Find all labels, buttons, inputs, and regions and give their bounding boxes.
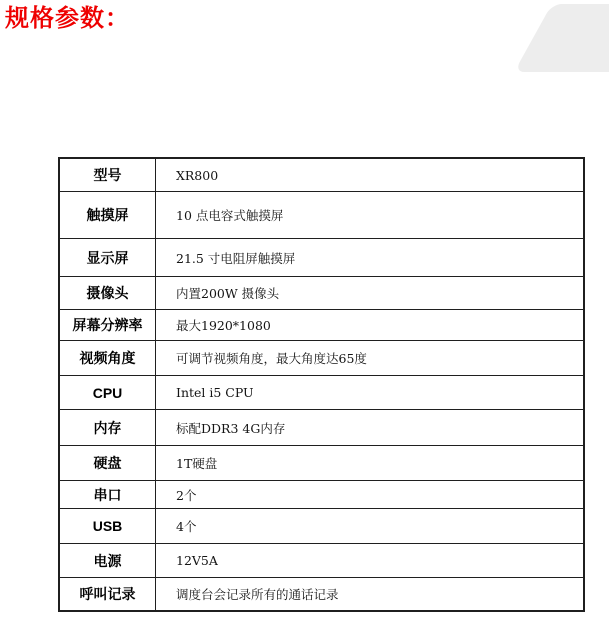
spec-row: 显示屏21.5 寸电阻屏触摸屏 — [60, 238, 583, 276]
spec-value: 2个 — [156, 481, 583, 508]
spec-row: 内存标配DDR3 4G内存 — [60, 409, 583, 445]
spec-row: 触摸屏10 点电容式触摸屏 — [60, 191, 583, 238]
spec-label: 视频角度 — [60, 341, 156, 375]
spec-label: 摄像头 — [60, 277, 156, 309]
spec-value: 12V5A — [156, 544, 583, 577]
spec-row: CPUIntel i5 CPU — [60, 375, 583, 409]
spec-row: 屏幕分辨率最大1920*1080 — [60, 309, 583, 340]
spec-label: 内存 — [60, 410, 156, 445]
spec-label: 串口 — [60, 481, 156, 508]
spec-row: 电源12V5A — [60, 543, 583, 577]
spec-value: 10 点电容式触摸屏 — [156, 192, 583, 238]
spec-row: 摄像头内置200W 摄像头 — [60, 276, 583, 309]
spec-label: 触摸屏 — [60, 192, 156, 238]
spec-label: 硬盘 — [60, 446, 156, 480]
corner-decoration-shape — [514, 4, 609, 72]
spec-label: 呼叫记录 — [60, 578, 156, 610]
spec-label: 屏幕分辨率 — [60, 310, 156, 340]
page-title: 规格参数： — [5, 5, 130, 33]
spec-value: 内置200W 摄像头 — [156, 277, 583, 309]
spec-value: XR800 — [156, 159, 583, 191]
spec-label: CPU — [60, 376, 156, 409]
spec-row: 硬盘1T硬盘 — [60, 445, 583, 480]
spec-value: 21.5 寸电阻屏触摸屏 — [156, 239, 583, 276]
spec-label: USB — [60, 509, 156, 543]
spec-value: 标配DDR3 4G内存 — [156, 410, 583, 445]
spec-value: Intel i5 CPU — [156, 376, 583, 409]
spec-value: 调度台会记录所有的通话记录 — [156, 578, 583, 610]
spec-value: 1T硬盘 — [156, 446, 583, 480]
spec-row: 视频角度可调节视频角度，最大角度达65度 — [60, 340, 583, 375]
spec-row: 型号XR800 — [60, 159, 583, 191]
spec-label: 型号 — [60, 159, 156, 191]
spec-row: USB4个 — [60, 508, 583, 543]
spec-label: 电源 — [60, 544, 156, 577]
spec-row: 串口2个 — [60, 480, 583, 508]
spec-row: 呼叫记录调度台会记录所有的通话记录 — [60, 577, 583, 610]
spec-label: 显示屏 — [60, 239, 156, 276]
spec-value: 可调节视频角度，最大角度达65度 — [156, 341, 583, 375]
spec-table: 型号XR800触摸屏10 点电容式触摸屏显示屏21.5 寸电阻屏触摸屏摄像头内置… — [58, 157, 585, 612]
spec-value: 最大1920*1080 — [156, 310, 583, 340]
spec-value: 4个 — [156, 509, 583, 543]
